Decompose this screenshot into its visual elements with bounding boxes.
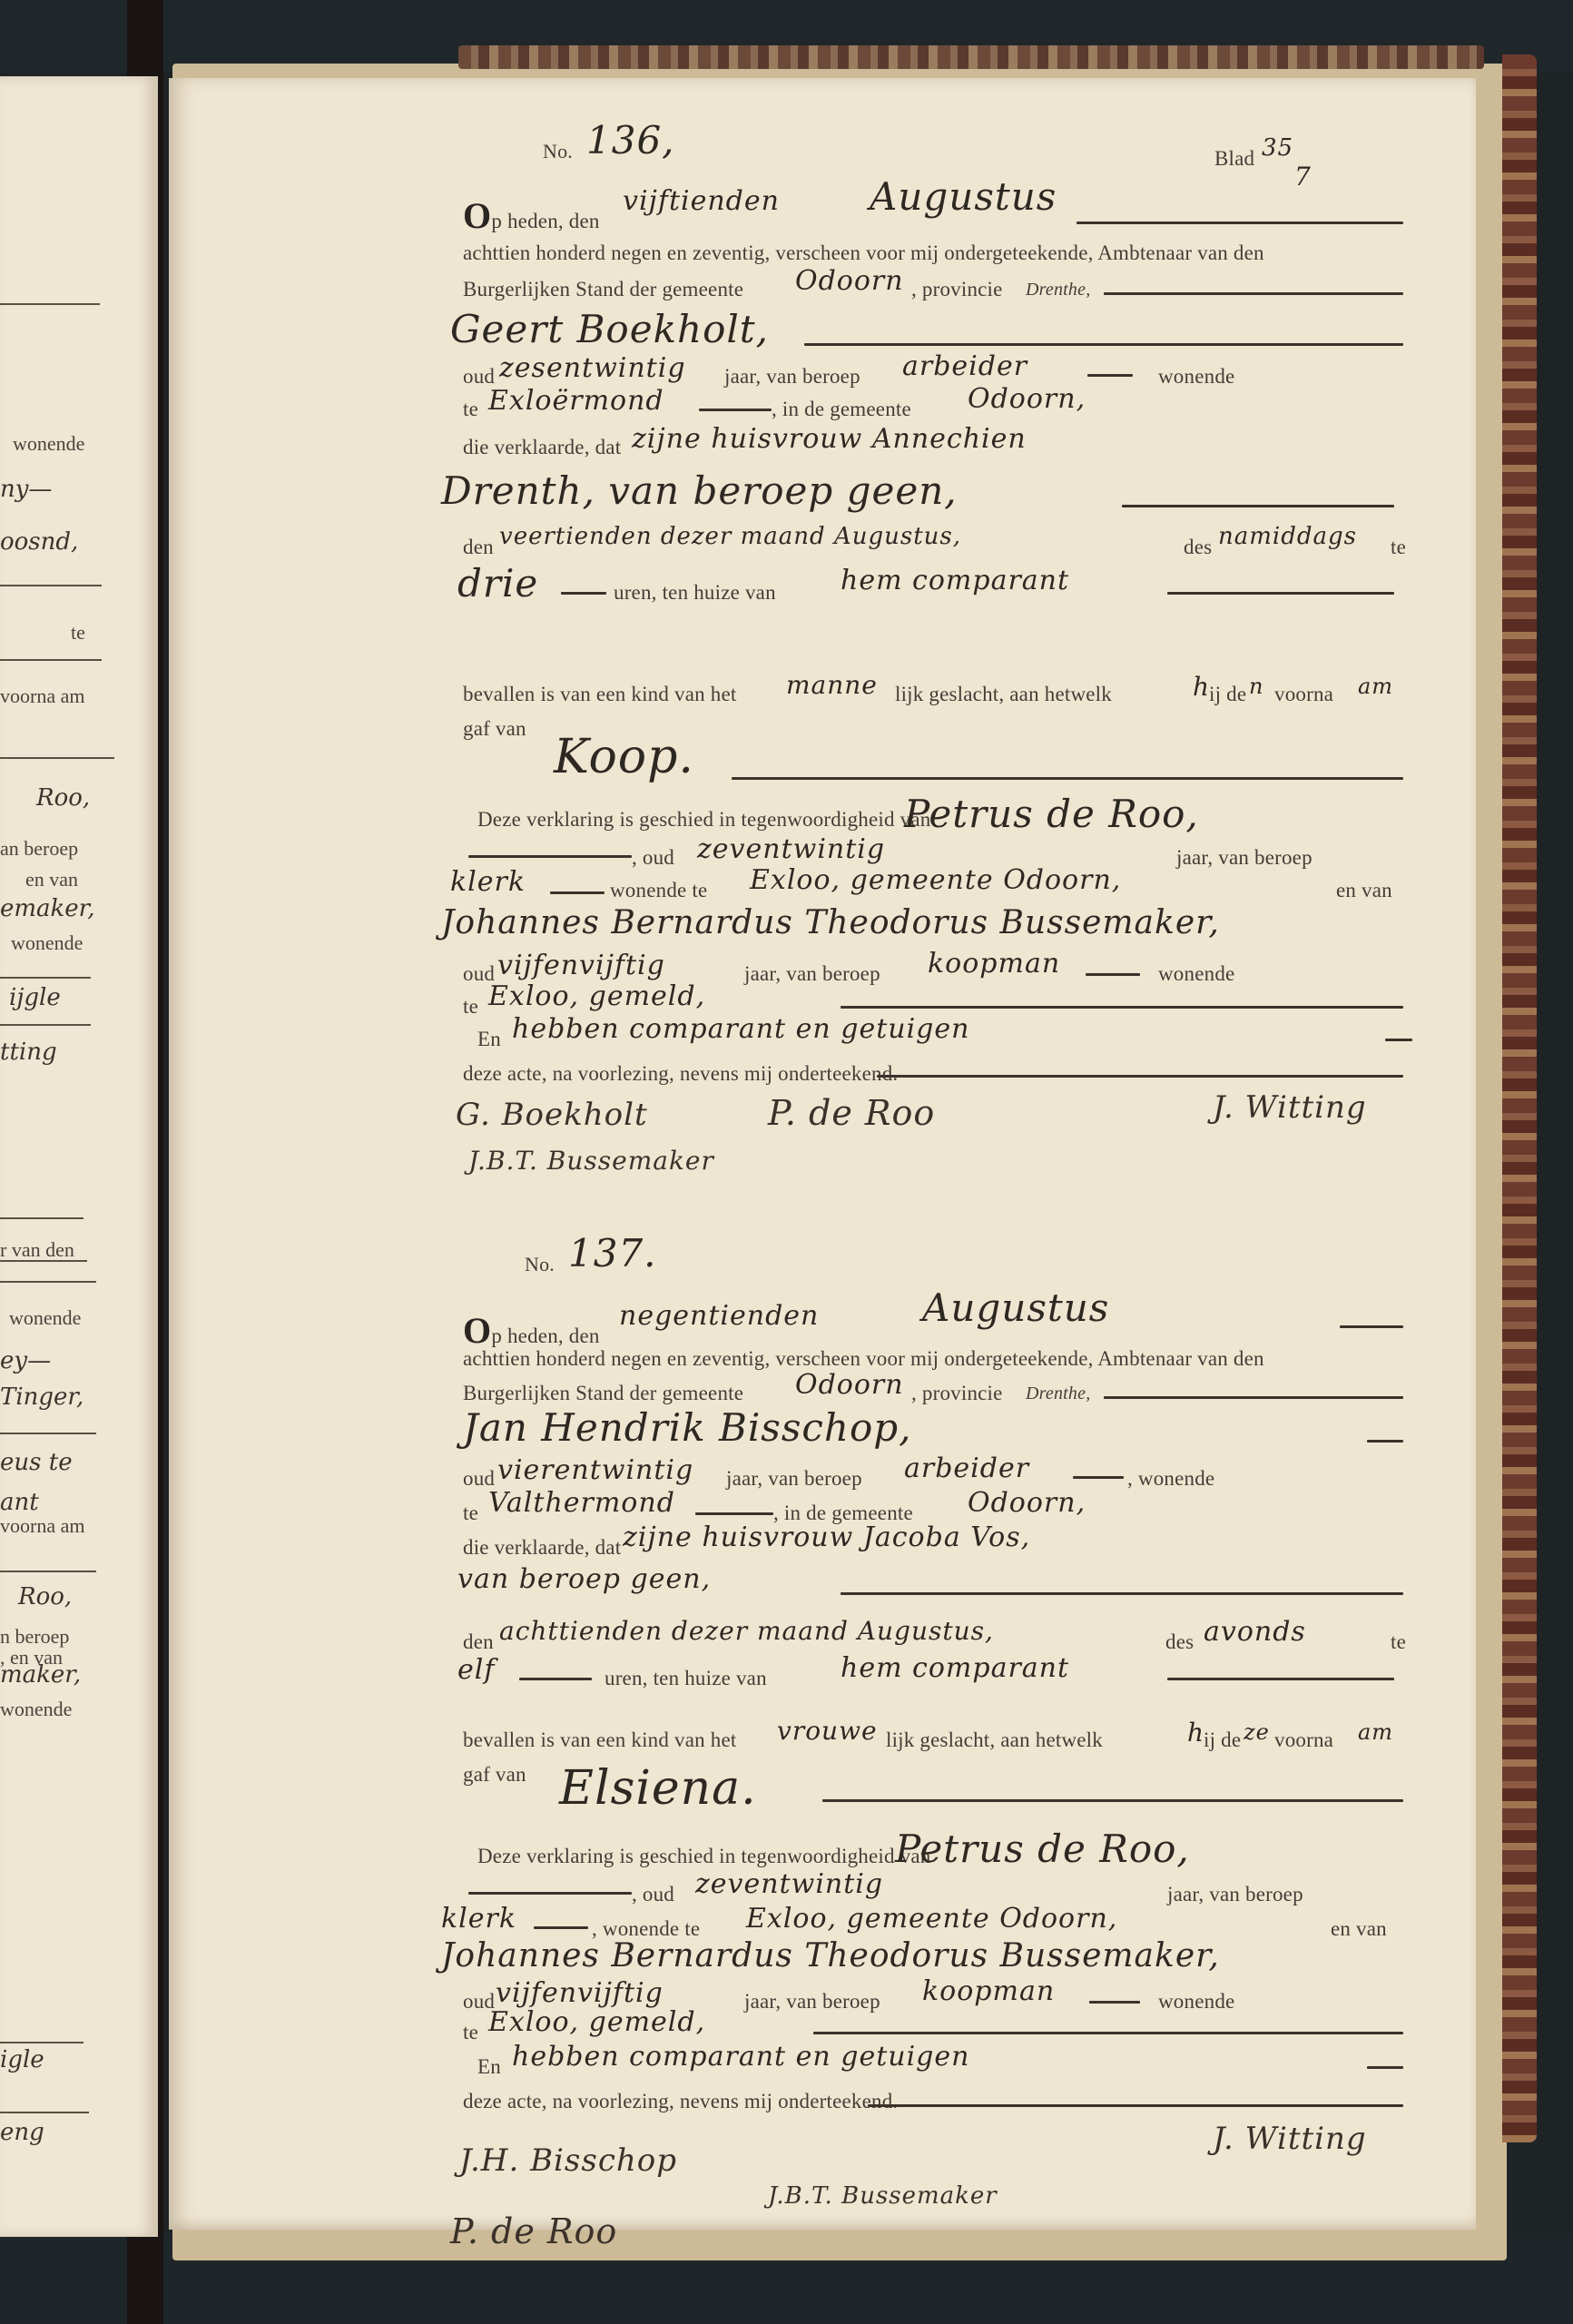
wonende-print: wonende [1158,365,1234,389]
left-text: en van [25,868,78,891]
en-print: En [477,1028,501,1051]
witness-1-residence: Exloo, gemeente Odoorn, [746,1903,1117,1935]
left-handwriting: oosnd, [0,528,78,556]
jaar-beroep2-print: jaar, van beroep [1176,846,1312,870]
witness-2-occupation: koopman [928,948,1060,980]
signing-clause: hebben comparant en getuigen [512,1013,969,1045]
fill-rule [1073,1476,1124,1479]
fill-rule [1167,1678,1394,1680]
fill-rule [822,1799,1403,1802]
fill-rule [550,891,605,894]
left-rule [0,977,91,979]
provincie: Drenthe, [1026,1384,1090,1404]
left-page: wonende ny— oosnd, te voorna am Roo, an … [0,76,158,2237]
left-rule [0,757,114,759]
left-text: wonende [13,432,84,456]
voorna-print: voorna [1274,1728,1333,1752]
den-print: den [463,536,494,559]
te-print: te [463,398,478,421]
left-handwriting: ny— [0,476,52,503]
wonende3-print: wonende [1158,1990,1234,2014]
left-rule [0,2112,89,2113]
witness-2-residence: Exloo, gemeld, [488,2006,705,2038]
verklaarde-print: die verklaarde, dat [463,1536,621,1560]
declarant-name: Geert Boekholt, [450,307,769,351]
de-suffix: n [1249,674,1263,699]
birth-date: veertienden dezer maand Augustus, [499,523,961,550]
signing-clause: hebben comparant en getuigen [512,2041,969,2073]
day: vijftienden [623,185,780,217]
voorna-suffix: am [1358,1719,1393,1745]
left-text: wonende [11,931,83,955]
fill-rule [561,592,606,595]
gemeente: Odoorn [795,1369,904,1401]
record-number-label: No. [543,140,573,163]
left-handwriting: ant [0,1489,39,1516]
fill-rule [1077,222,1403,224]
hij-zij: h [1193,672,1210,702]
ij-de-print: ij de [1209,683,1246,706]
signature-declarant: J.H. Bisschop [459,2142,677,2179]
fill-rule [1104,292,1403,295]
fill-rule [1104,1396,1403,1399]
voorna-suffix: am [1358,674,1393,699]
hij-zij: h [1187,1718,1204,1748]
child-name: Elsiena. [559,1761,757,1816]
declarant-residence: Valthermond [488,1487,675,1519]
left-handwriting: Tinger, [0,1384,84,1411]
marbled-edge-top [458,45,1484,69]
fill-rule [1089,2001,1140,2004]
dropcap: O [463,195,491,236]
wonende-print: , wonende [1127,1467,1214,1491]
gaf-van-print: gaf van [463,1763,526,1787]
fill-rule [841,1592,1403,1595]
page-correction-mark: 7 [1294,162,1312,192]
birth-date: achttienden dezer maand Augustus, [499,1616,994,1646]
te3-print: te [463,2021,478,2044]
bevallen-print-a: bevallen is van een kind van het [463,683,736,706]
declarant-occupation: arbeider [902,350,1027,382]
den-print: den [463,1630,494,1654]
witness-2-residence: Exloo, gemeld, [488,980,705,1012]
witness-2-name: Johannes Bernardus Theodorus Bussemaker, [441,1937,1220,1974]
verklaarde-print: die verklaarde, dat [463,436,621,459]
witness-1-name: Petrus de Roo, [895,1827,1190,1871]
fill-rule [813,2032,1403,2034]
fill-rule [1367,1440,1403,1443]
left-text: r van den [0,1238,74,1262]
signature-official: J. Witting [1213,1089,1367,1126]
fill-rule [1385,1039,1412,1041]
gemeente: Odoorn [795,265,904,297]
oud2-print: , oud [632,846,674,870]
fill-rule [1367,2066,1403,2069]
left-handwriting: tting [0,1039,57,1066]
uren-print: uren, ten huize van [605,1667,767,1690]
time-of-day: namiddags [1218,523,1357,550]
verklaring-print: Deze verklaring is geschied in tegenwoor… [477,1845,930,1868]
record-number: 137. [568,1231,657,1275]
ij-de-print: ij de [1204,1728,1241,1752]
wife-line-1: zijne huisvrouw Jacoba Vos, [623,1521,1030,1553]
left-rule [0,1024,91,1026]
wife-line-2: Drenth, van beroep geen, [441,468,958,513]
gaf-van-print: gaf van [463,717,526,741]
uren-print: uren, ten huize van [614,581,776,605]
left-handwriting: Roo, [18,1583,72,1610]
en-van-print: en van [1336,879,1392,902]
fill-rule [468,1892,632,1895]
child-sex: vrouwe [777,1716,878,1746]
signature-witness-2: J.B.T. Bussemaker [768,2182,998,2210]
left-handwriting: igle [0,2046,44,2073]
signature-official: J. Witting [1213,2121,1367,2157]
te2-print: te [1391,1630,1406,1654]
birth-place: hem comparant [841,565,1069,596]
signature-witness-1: P. de Roo [450,2211,617,2251]
left-text: wonende [9,1306,81,1330]
witness-1-residence: Exloo, gemeente Odoorn, [750,864,1121,896]
left-handwriting: ey— [0,1347,51,1374]
provincie: Drenthe, [1026,280,1090,300]
fill-rule [534,1926,588,1929]
day: negentienden [619,1300,819,1332]
left-rule [0,1281,96,1283]
jaar-beroep-print: jaar, van beroep [724,365,860,389]
residence-gemeente: Odoorn, [968,383,1086,415]
left-handwriting: eng [0,2119,44,2146]
bevallen-print-b: lijk geslacht, aan hetwelk [886,1728,1103,1752]
witness-1-name: Petrus de Roo, [904,792,1199,836]
page-number: 35 [1262,134,1293,162]
gemeente-print: Burgerlijken Stand der gemeente [463,278,743,301]
witness-1-age: zeventwintig [697,833,885,865]
left-text: wonende [0,1698,72,1721]
witness-1-age: zeventwintig [695,1868,883,1900]
te2-print: te [1391,536,1406,559]
opening-line: Op heden, den [463,194,600,237]
in-gemeente-print: , in de gemeente [772,398,911,421]
des-print: des [1184,536,1212,559]
declarant-name: Jan Hendrik Bisschop, [463,1405,912,1450]
left-text: te [71,621,85,645]
acte-print: deze acte, na voorlezing, nevens mij ond… [463,2090,898,2113]
left-handwriting: ijgle [9,984,61,1011]
month: Augustus [922,1285,1109,1330]
fill-rule [1122,505,1394,507]
left-text: voorna am [0,684,84,708]
bevallen-print-a: bevallen is van een kind van het [463,1728,736,1752]
child-name: Koop. [554,730,694,784]
residence-gemeente: Odoorn, [968,1487,1086,1519]
acte-print: deze acte, na voorlezing, nevens mij ond… [463,1062,898,1086]
en-print: En [477,2055,501,2079]
fill-rule [732,777,1403,780]
page-label: Blad [1214,147,1254,171]
fill-rule [468,855,632,858]
time-of-day: avonds [1204,1616,1306,1648]
declarant-residence: Exloërmond [488,385,664,417]
left-rule [0,1433,96,1434]
witness-2-age: vijfenvijftig [496,1977,664,2009]
fill-rule [877,1075,1403,1078]
signature-declarant: G. Boekholt [456,1097,648,1133]
left-handwriting: eus te [0,1449,73,1476]
jaar-beroep3-print: jaar, van beroep [744,962,880,986]
verklaring-print: Deze verklaring is geschied in tegenwoor… [477,808,930,832]
witness-2-age: vijfenvijftig [497,950,665,981]
opening-line: Op heden, den [463,1309,600,1352]
left-rule [0,1217,84,1219]
te-print: te [463,1502,478,1525]
bevallen-print-b: lijk geslacht, aan hetwelk [895,683,1112,706]
witness-1-occupation: klerk [441,1903,516,1935]
record-number: 136, [586,118,675,162]
fill-rule [1087,374,1133,377]
left-text: an beroep [0,837,78,861]
gemeente-print: Burgerlijken Stand der gemeente [463,1382,743,1405]
birth-place: hem comparant [841,1652,1069,1684]
fill-rule [1340,1325,1403,1328]
hour: elf [457,1654,495,1686]
oud2-print: , oud [632,1883,674,1906]
witness-2-occupation: koopman [922,1975,1055,2007]
wife-line-2: van beroep geen, [457,1563,711,1595]
left-text: voorna am [0,1514,84,1538]
jaar-beroep-print: jaar, van beroep [726,1467,862,1491]
declarant-age: zesentwintig [499,352,686,384]
jaar-beroep3-print: jaar, van beroep [744,1990,880,2014]
provincie-print: , provincie [911,1382,1003,1405]
te3-print: te [463,995,478,1019]
signature-witness-2: J.B.T. Bussemaker [468,1146,714,1176]
left-rule [0,303,100,305]
des-print: des [1165,1630,1194,1654]
wonende-te-print: wonende te [610,879,707,902]
child-sex: manne [786,670,878,700]
witness-2-name: Johannes Bernardus Theodorus Bussemaker, [441,904,1220,941]
witness-1-occupation: klerk [450,866,526,898]
provincie-print: , provincie [911,278,1003,301]
wife-line-1: zijne huisvrouw Annechien [632,423,1027,455]
marbled-edge-right [1502,54,1537,2142]
fill-rule [868,2104,1403,2107]
left-rule [0,659,102,661]
jaar-beroep2-print: jaar, van beroep [1167,1883,1303,1906]
fill-rule [1086,973,1140,976]
left-rule [0,1571,96,1572]
fill-rule [841,1006,1403,1009]
declarant-age: vierentwintig [497,1454,693,1486]
left-handwriting: Roo, [36,784,90,812]
opening-print: p heden, den [491,210,599,232]
left-rule [0,1260,87,1262]
fill-rule [699,409,772,411]
left-handwriting: emaker, [0,895,95,922]
de-suffix: ze [1244,1719,1270,1745]
wonende3-print: wonende [1158,962,1234,986]
left-handwriting: maker, [0,1661,81,1689]
left-rule [0,585,102,586]
register-page: No. 136, Blad 35 7 Op heden, den vijftie… [169,78,1476,2230]
declarant-occupation: arbeider [904,1452,1029,1484]
hour: drie [457,561,538,606]
record-number-label: No. [525,1253,555,1276]
dropcap: O [463,1310,491,1351]
fill-rule [804,343,1403,346]
signature-witness-1: P. de Roo [768,1093,935,1133]
year-line: achttien honderd negen en zeventig, vers… [463,241,1264,265]
voorna-print: voorna [1274,683,1333,706]
fill-rule [695,1512,773,1515]
left-rule [0,2042,84,2043]
fill-rule [1167,592,1394,595]
opening-print: p heden, den [491,1324,599,1347]
en-van-print: en van [1331,1917,1387,1941]
fill-rule [519,1678,592,1680]
year-line: achttien honderd negen en zeventig, vers… [463,1347,1264,1371]
month: Augustus [870,174,1057,219]
